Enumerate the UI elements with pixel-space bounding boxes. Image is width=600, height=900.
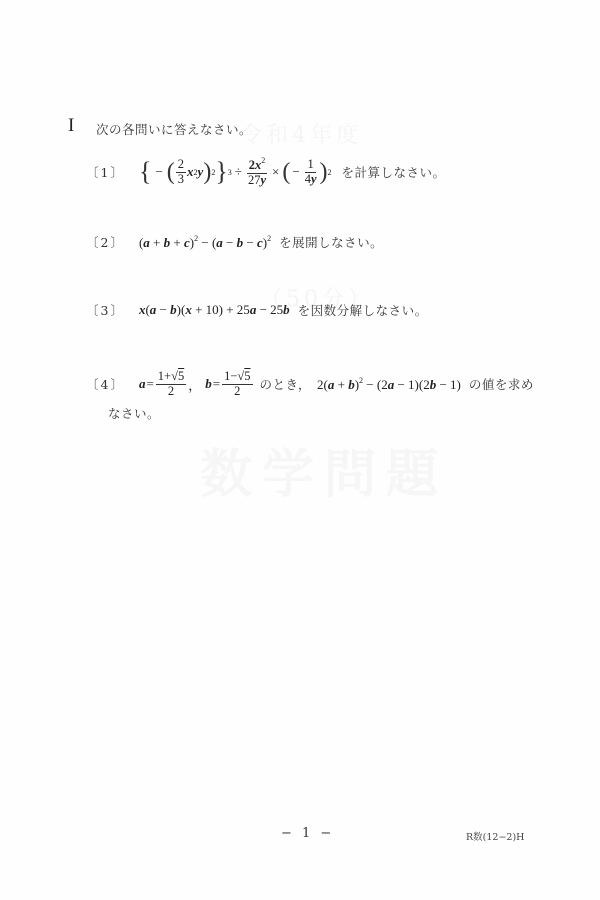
question-instruction: の値を求め: [469, 375, 534, 393]
question-number: 〔4〕: [86, 375, 125, 393]
question-instruction: を因数分解しなさい。: [298, 301, 428, 319]
open-brace: {: [139, 157, 151, 187]
question-instruction-continued: なさい。: [108, 404, 160, 422]
question-instruction: を展開しなさい。: [279, 233, 383, 251]
question-2-expression: (a + b + c)2 − (a − b − c)2: [139, 234, 271, 251]
question-number: 〔2〕: [86, 233, 125, 251]
question-4-expression: a= 1+√5 2 ， b= 1−√5 2: [139, 370, 254, 397]
question-4: 〔4〕 a= 1+√5 2 ， b= 1−√5 2 のとき， 2(a + b)2…: [86, 364, 534, 404]
section-mark: I: [68, 115, 74, 137]
section-instruction: 次の各問いに答えなさい。: [96, 120, 252, 138]
question-4-target-expression: 2(a + b)2 − (2a − 1)(2b − 1): [317, 376, 461, 393]
question-1-expression: { − ( 2 3 x2y )2 }3 ÷ 2x2 27y × ( − 1 4y…: [139, 157, 332, 187]
page-number: − 1 −: [281, 826, 334, 841]
document-code: R数(12−2)H: [466, 829, 524, 843]
fraction: 1 4y: [303, 158, 319, 185]
condition-text: のとき，: [260, 375, 312, 393]
exam-page: 令和4年度 （50分） 数学問題 I 次の各問いに答えなさい。 〔1〕 { − …: [0, 0, 600, 900]
fraction: 2 3: [176, 158, 186, 185]
bleed-through-text: 令和4年度: [240, 118, 362, 149]
fraction: 2x2 27y: [246, 157, 268, 186]
question-instruction: を計算しなさい。: [342, 163, 446, 181]
question-number: 〔3〕: [86, 301, 125, 319]
bleed-through-title: 数学問題: [200, 432, 448, 507]
question-3-expression: x(a − b)(x + 10) + 25a − 25b: [139, 302, 290, 318]
fraction: 1−√5 2: [222, 370, 252, 397]
question-number: 〔1〕: [86, 163, 125, 181]
question-1: 〔1〕 { − ( 2 3 x2y )2 }3 ÷ 2x2 27y × ( − …: [86, 152, 446, 192]
question-3: 〔3〕 x(a − b)(x + 10) + 25a − 25b を因数分解しな…: [86, 301, 428, 319]
fraction: 1+√5 2: [156, 370, 186, 397]
question-2: 〔2〕 (a + b + c)2 − (a − b − c)2 を展開しなさい。: [86, 233, 383, 251]
